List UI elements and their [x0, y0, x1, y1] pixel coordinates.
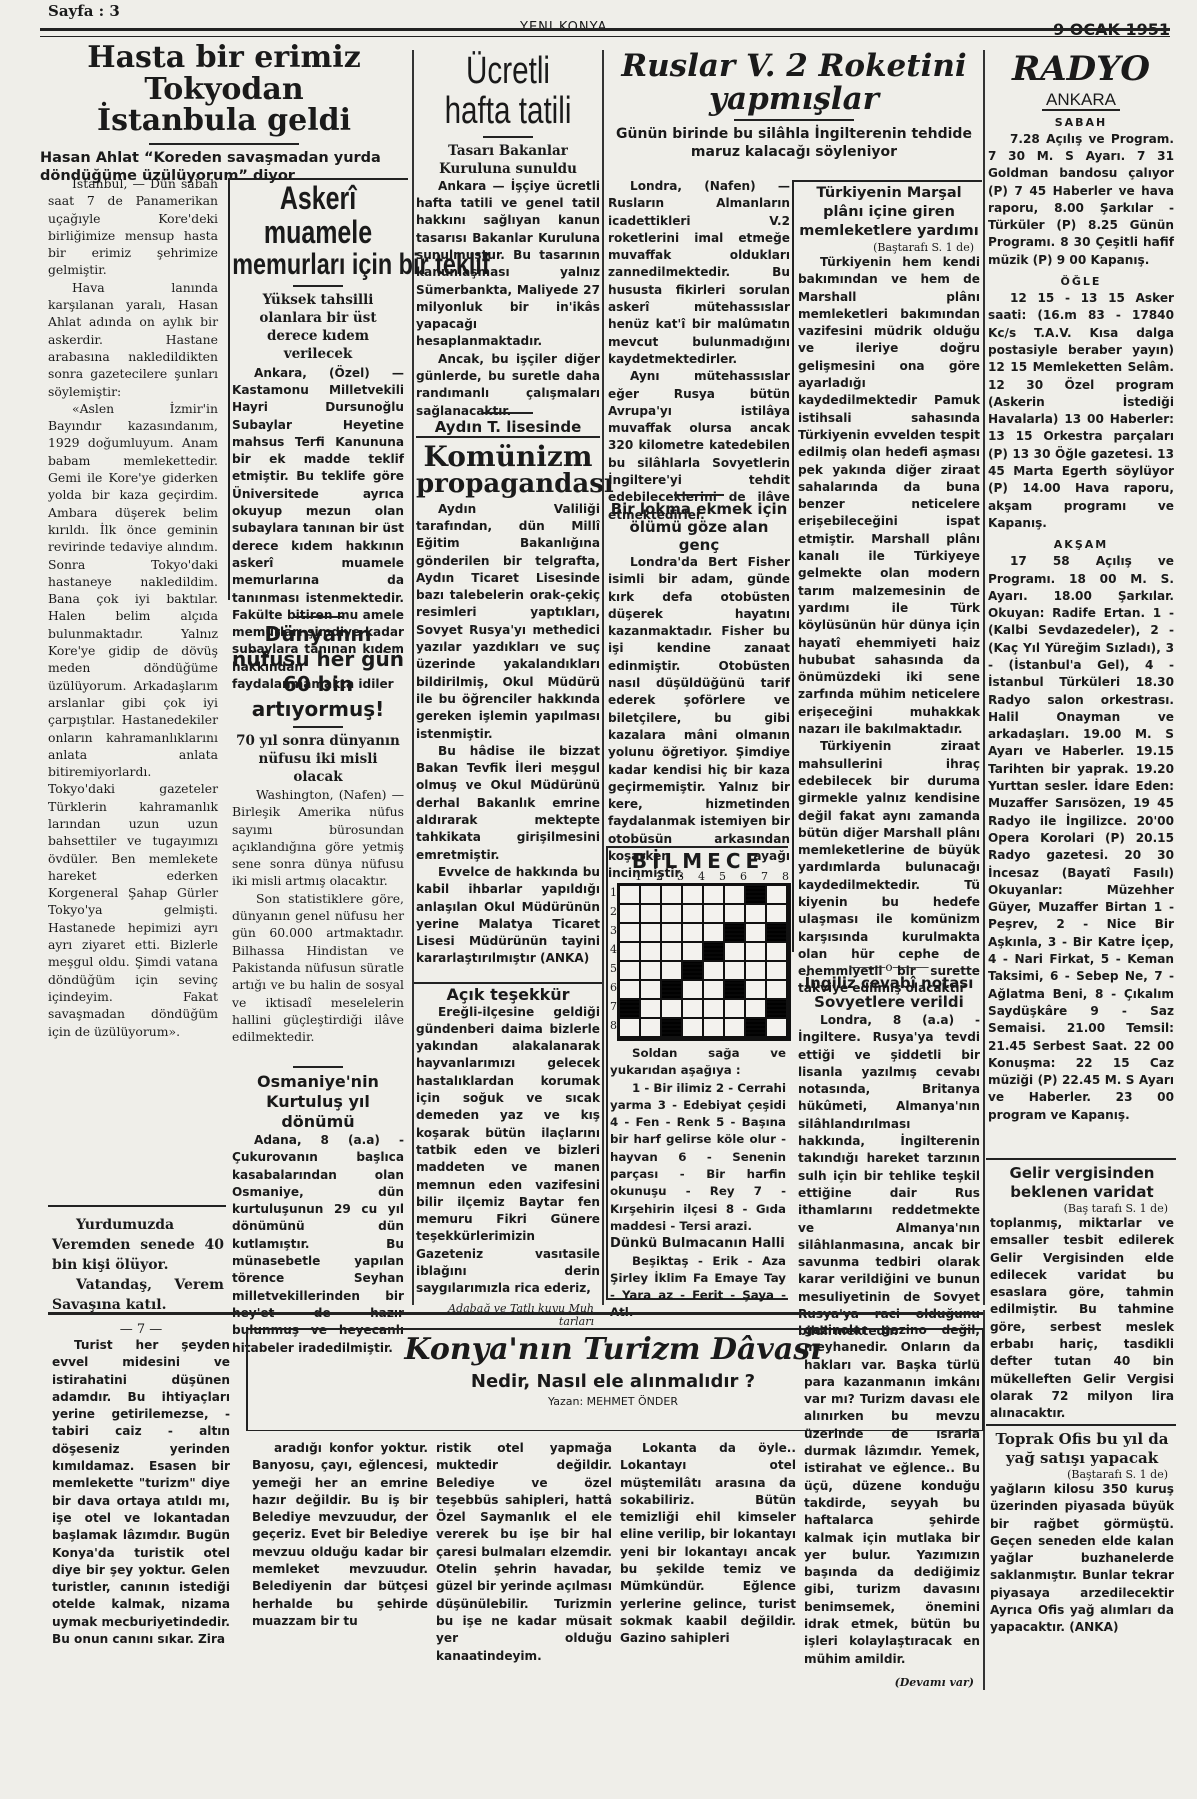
crossword-black-cell [767, 924, 788, 943]
crossword-cell [641, 1000, 662, 1019]
column-number: 2 [649, 870, 670, 883]
article-body: Adana, 8 (a.a) - Çukurovanın başlıca kas… [232, 1132, 404, 1357]
bilmece-title: BİLMECE [610, 852, 786, 870]
column-number: 7 [754, 870, 775, 883]
article-tesekkur: Açık teşekkür Ereğli-ilçesine geldiği gü… [416, 986, 600, 1328]
paragraph: Evvelce de hakkında bu kabil ihbarlar ya… [416, 864, 600, 968]
row-number: 5 [610, 962, 617, 975]
crossword-black-cell [746, 886, 767, 905]
crossword: 12345678 [610, 883, 786, 1041]
radyo-column: RADYO ANKARA SABAH 7.28 Açılış ve Progra… [988, 52, 1174, 1124]
column-divider [412, 50, 414, 1305]
column-marker: — 7 — [52, 1322, 230, 1337]
row-number: 7 [610, 1000, 617, 1013]
divider [986, 1158, 1176, 1160]
paragraph: Londra, (Nafen) — Rusların Almanların ic… [608, 178, 790, 368]
crossword-cell [704, 905, 725, 924]
crossword-cell [746, 924, 767, 943]
paragraph: yağların kilosu 350 kuruş üzerinden piya… [990, 1481, 1174, 1637]
crossword-cell [725, 1000, 746, 1019]
article-body: Ereğli-ilçesine geldiği gündenberi daima… [416, 1004, 600, 1298]
crossword-cell [767, 886, 788, 905]
article-body: Londra, 8 (a.a) - İngiltere. Rusya'ya te… [798, 1012, 980, 1341]
headline: Açık teşekkür [416, 986, 600, 1004]
paragraph: Türkiyenin hem kendi bakımından ve hem d… [798, 254, 980, 738]
paragraph: toplanmış, miktarlar ve emsaller tesbit … [990, 1215, 1174, 1423]
radyo-section-text: 7.28 Açılış ve Program. 7 30 M. S Ayarı.… [988, 131, 1174, 269]
crossword-cell [620, 905, 641, 924]
article-body: Londra, (Nafen) — Rusların Almanların ic… [608, 178, 790, 524]
turizm-col-0: — 7 — Turist her şeyden evvel midesini v… [52, 1322, 230, 1648]
paragraph: Yurdumuzda Veremden senede 40 bin kişi ö… [52, 1215, 224, 1275]
crossword-cell [683, 886, 704, 905]
row-number: 6 [610, 981, 617, 994]
paragraph: Son statistiklere göre, dünyanın genel n… [232, 890, 404, 1046]
subheadline: Yüksek tahsilli olanlara bir üst derece … [232, 291, 404, 363]
crossword-cell [641, 905, 662, 924]
headline: Türkiyenin Marşal plânı içine giren meml… [798, 184, 980, 241]
paragraph: Ereğli-ilçesine geldiği gündenberi daima… [416, 1004, 600, 1298]
column-number: 5 [712, 870, 733, 883]
subheadline: Tasarı Bakanlar Kuruluna sunuldu [416, 142, 600, 178]
article-body: yağların kilosu 350 kuruş üzerinden piya… [990, 1481, 1174, 1637]
divider [293, 1066, 343, 1068]
crossword-cell [620, 962, 641, 981]
crossword-cell [641, 962, 662, 981]
paragraph: Hava lanında karşılanan yaralı, Hasan Ah… [48, 279, 218, 400]
paragraph: «Aslen İzmir'in Bayındır kazasındanım, 1… [48, 400, 218, 1040]
crossword-cell [767, 962, 788, 981]
divider [483, 412, 533, 414]
article-ruslar-body: Londra, (Nafen) — Rusların Almanların ic… [608, 178, 790, 524]
divider [293, 616, 343, 618]
article-komunizm: Aydın T. lisesinde Komünizm propagandası… [416, 408, 600, 968]
crossword-cell [683, 1000, 704, 1019]
paragraph: Türkiyenin ziraat mahsullerini ihraç ede… [798, 738, 980, 997]
headline: Ücretli [436, 52, 580, 92]
headline: hafta tatili [436, 92, 580, 132]
radyo-section-label: AKŞAM [988, 538, 1174, 551]
crossword-cell [641, 1019, 662, 1038]
crossword-cell [683, 981, 704, 1000]
article-marsal: Türkiyenin Marşal plânı içine giren meml… [798, 184, 980, 998]
crossword-cell [620, 886, 641, 905]
answers-title: Dünkü Bulmacanın Halli [610, 1235, 786, 1252]
crossword-cell [641, 886, 662, 905]
crossword-cell [746, 962, 767, 981]
divider [293, 285, 343, 287]
paragraph: aradığı konfor yoktur. Banyosu, çayı, eğ… [252, 1440, 428, 1630]
headline: İstanbula geldi [40, 105, 408, 137]
headline: İngiliz cevabî notası Sovyetlere verildi [798, 974, 980, 1012]
schedule-text: 12 15 - 13 15 Asker saati: (16.m 83 - 17… [988, 290, 1174, 532]
article-ruslar: Ruslar V. 2 Roketini yapmışlar Günün bir… [606, 50, 982, 161]
article-body: Washington, (Nafen) — Birleşik Amerika n… [232, 786, 404, 1045]
crossword-cell [641, 924, 662, 943]
crossword-cell [767, 905, 788, 924]
article-body: Türkiyenin hem kendi bakımından ve hem d… [798, 254, 980, 998]
headline: memurları için bir teklif [232, 249, 404, 281]
crossword-cell [704, 924, 725, 943]
crossword-cell [746, 1000, 767, 1019]
article-ingiliz: ―――o――― İngiliz cevabî notası Sovyetlere… [798, 960, 980, 1341]
crossword-cell [746, 943, 767, 962]
article-nufus: Dünyanın nüfusu her gün 60 bin artıyormu… [232, 612, 404, 1045]
crossword-black-cell [746, 1019, 767, 1038]
radyo-section-text: 12 15 - 13 15 Asker saati: (16.m 83 - 17… [988, 290, 1174, 532]
paragraph: ristik otel yapmağa muktedir değildir. B… [436, 1440, 612, 1665]
masthead-rule-thin [40, 36, 1170, 37]
crossword-cell [683, 943, 704, 962]
crossword-cell [725, 886, 746, 905]
paragraph: Londra, 8 (a.a) - İngiltere. Rusya'ya te… [798, 1012, 980, 1341]
paragraph: Turist her şeyden evvel midesini ve isti… [52, 1337, 230, 1648]
continued-note: (Baş tarafı S. 1 de) [990, 1202, 1168, 1215]
article-body: Ankara — İşçiye ücretli hafta tatili ve … [416, 178, 600, 420]
paragraph: Ankara — İşçiye ücretli hafta tatili ve … [416, 178, 600, 351]
masthead: Sayfa : 3 YENI KONYA 9 OCAK 1951 [40, 0, 1170, 40]
column-divider [602, 50, 604, 1305]
paragraph: Londra'da Bert Fisher isimli bir adam, g… [608, 554, 790, 883]
paragraph: Lokanta da öyle.. Lokantayı otel müştemi… [620, 1440, 796, 1648]
divider [986, 1424, 1176, 1426]
article-tokyo-body: İstanbul, — Dün sabah saat 7 de Panameri… [48, 175, 218, 1040]
crossword-cell [662, 1000, 683, 1019]
paragraph: Washington, (Nafen) — Birleşik Amerika n… [232, 786, 404, 890]
row-number: 1 [610, 886, 617, 899]
page-number: Sayfa : 3 [48, 2, 120, 20]
article-lokma: Bir lokma ekmek için ölümü göze alan gen… [608, 490, 790, 883]
crossword-cell [683, 905, 704, 924]
crossword-black-cell [662, 1019, 683, 1038]
crossword-column-numbers: 12345678 [628, 870, 786, 883]
section-rule [48, 1312, 983, 1315]
row-number: 2 [610, 905, 617, 918]
paragraph: gazinolar gazino değil, meyhanedir. Onla… [804, 1322, 980, 1668]
headline: Gelir vergisinden beklenen varidat [990, 1164, 1174, 1202]
crossword-black-cell [704, 943, 725, 962]
row-number: 8 [610, 1019, 617, 1032]
crossword-cell [704, 962, 725, 981]
ornament-divider: ―――o――― [798, 960, 980, 974]
crossword-cell [767, 981, 788, 1000]
crossword-cell [746, 981, 767, 1000]
column-divider [983, 50, 985, 1305]
crossword-cell [620, 1019, 641, 1038]
crossword-cell [620, 924, 641, 943]
crossword-black-cell [683, 962, 704, 981]
crossword-cell [641, 981, 662, 1000]
article-tokyo: Hasta bir erimiz Tokyodan İstanbula geld… [40, 42, 408, 185]
crossword-cell [704, 981, 725, 1000]
crossword-black-cell [620, 1000, 641, 1019]
crossword-cell [683, 1019, 704, 1038]
headline: yapmışlar [606, 83, 982, 116]
crossword-row-numbers: 12345678 [610, 883, 617, 1041]
headline: Askerî muamele [251, 182, 385, 249]
schedule-text: 7.28 Açılış ve Program. 7 30 M. S Ayarı.… [988, 131, 1174, 269]
headline: Dünyanın nüfusu her gün 60 bin artıyormu… [232, 622, 404, 722]
article-body: Londra'da Bert Fisher isimli bir adam, g… [608, 554, 790, 883]
article-body: Turist her şeyden evvel midesini ve isti… [52, 1337, 230, 1648]
crossword-cell [683, 924, 704, 943]
headline: Hasta bir erimiz Tokyodan [40, 42, 408, 105]
subheadline: Günün birinde bu silâhla İngilterenin te… [606, 125, 982, 161]
station-wrapper: ANKARA [988, 90, 1174, 110]
crossword-cell [725, 943, 746, 962]
article-body: Aydın Valiliği tarafından, dün Millî Eği… [416, 501, 600, 968]
paragraph: Bu hâdise ile bizzat Bakan Tevfik İleri … [416, 743, 600, 864]
divider [674, 494, 724, 496]
article-gelir: Gelir vergisinden beklenen varidat (Baş … [990, 1164, 1174, 1423]
radyo-section-label: ÖĞLE [988, 275, 1174, 288]
crossword-cell [662, 962, 683, 981]
headline: propagandası [416, 471, 600, 498]
row-number: 3 [610, 924, 617, 937]
paragraph: Vatandaş, Verem Savaşına katıl. [52, 1275, 224, 1315]
headline: Bir lokma ekmek için ölümü göze alan gen… [608, 500, 790, 554]
crossword-cell [704, 886, 725, 905]
crossword-black-cell [725, 981, 746, 1000]
turizm-col-2: ristik otel yapmağa muktedir değildir. B… [436, 1440, 612, 1665]
divider [734, 119, 854, 121]
crossword-black-cell [767, 1000, 788, 1019]
continued-note: (Baştarafı S. 1 de) [990, 1468, 1168, 1481]
radyo-title: RADYO [988, 52, 1174, 88]
headline: Osmaniye'nin Kurtuluş yıl dönümü [232, 1072, 404, 1132]
continued-note: (Baştarafı S. 1 de) [798, 241, 974, 254]
crossword-cell [704, 1000, 725, 1019]
divider [483, 136, 533, 138]
subheadline: 70 yıl sonra dünyanın nüfusu iki misli o… [232, 732, 404, 786]
crossword-cell [767, 943, 788, 962]
divider [293, 726, 343, 728]
column-number: 4 [691, 870, 712, 883]
article-ucretli: Ücretli hafta tatili Tasarı Bakanlar Kur… [416, 52, 600, 420]
headline: Ruslar V. 2 Roketini [606, 50, 982, 83]
clues-intro: Soldan sağa ve yukarıdan aşağıya : [610, 1045, 786, 1080]
headline: Toprak Ofis bu yıl da yağ satışı yapacak [990, 1430, 1174, 1468]
crossword-cell [725, 1019, 746, 1038]
crossword-cell [746, 905, 767, 924]
masthead-rule [40, 28, 1170, 31]
paragraph: İstanbul, — Dün sabah saat 7 de Panameri… [48, 175, 218, 279]
divider [414, 982, 602, 984]
crossword-cell [725, 905, 746, 924]
radyo-section-text: 17 58 Açılış ve Programı. 18 00 M. S. Ay… [988, 553, 1174, 1124]
divider [48, 1205, 226, 1207]
column-number: 1 [628, 870, 649, 883]
crossword-black-cell [662, 981, 683, 1000]
crossword-cell [725, 962, 746, 981]
crossword-cell [662, 924, 683, 943]
row-number: 4 [610, 943, 617, 956]
crossword-black-cell [725, 924, 746, 943]
crossword-cell [662, 943, 683, 962]
bilmece: BİLMECE 12345678 12345678 Soldan sağa ve… [610, 852, 786, 1322]
crossword-cell [767, 1019, 788, 1038]
bilmece-clues: Soldan sağa ve yukarıdan aşağıya : 1 - B… [610, 1045, 786, 1322]
newspaper-page: Sayfa : 3 YENI KONYA 9 OCAK 1951 Hasta b… [0, 0, 1197, 1799]
station-name: ANKARA [1042, 90, 1120, 111]
clues-text: 1 - Bir ilimiz 2 - Cerrahi yarma 3 - Ede… [610, 1080, 786, 1236]
turizm-col-4: gazinolar gazino değil, meyhanedir. Onla… [804, 1322, 980, 1691]
radyo-section-label: SABAH [988, 116, 1174, 129]
schedule-text: 17 58 Açılış ve Programı. 18 00 M. S. Ay… [988, 553, 1174, 1124]
crossword-cell [620, 943, 641, 962]
kicker: Aydın T. lisesinde [416, 418, 600, 438]
continued-note: (Devamı var) [804, 1674, 974, 1691]
turizm-col-1: aradığı konfor yoktur. Banyosu, çayı, eğ… [252, 1440, 428, 1630]
headline: Komünizm [416, 442, 600, 471]
crossword-cell [704, 1019, 725, 1038]
column-number: 3 [670, 870, 691, 883]
crossword-cell [662, 905, 683, 924]
paragraph: Adana, 8 (a.a) - Çukurovanın başlıca kas… [232, 1132, 404, 1357]
column-number: 6 [733, 870, 754, 883]
crossword-cell [620, 981, 641, 1000]
crossword-cell [641, 943, 662, 962]
article-toprak: Toprak Ofis bu yıl da yağ satışı yapacak… [990, 1430, 1174, 1637]
verem-notice: Yurdumuzda Veremden senede 40 bin kişi ö… [52, 1215, 224, 1315]
paragraph: Aydın Valiliği tarafından, dün Millî Eği… [416, 501, 600, 743]
article-body: toplanmış, miktarlar ve emsaller tesbit … [990, 1215, 1174, 1423]
turizm-col-3: Lokanta da öyle.. Lokantayı otel müştemi… [620, 1440, 796, 1648]
crossword-cell [662, 886, 683, 905]
crossword-grid [617, 883, 791, 1041]
divider [149, 143, 299, 145]
